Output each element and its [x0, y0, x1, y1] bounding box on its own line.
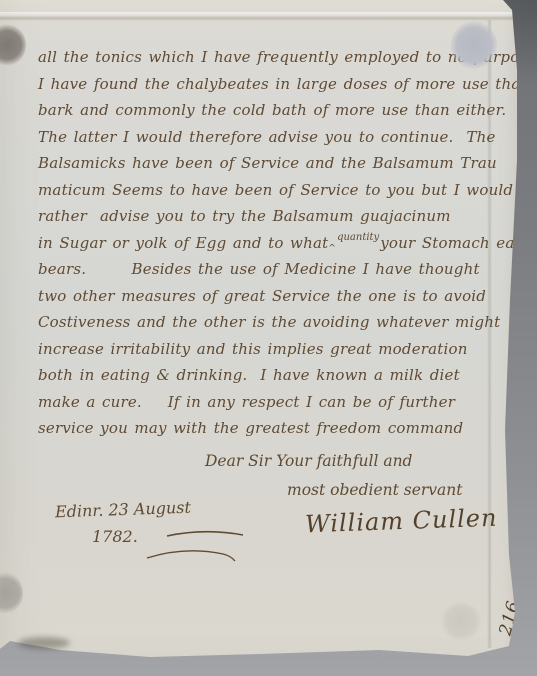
body-line: service you may with the greatest freedo… [38, 419, 508, 446]
body-line: bark and commonly the cold bath of more … [38, 101, 508, 128]
body-line: rather advise you to try the Balsamum gu… [38, 207, 508, 234]
pen-flourish [145, 530, 265, 564]
tape-mark-top-right [451, 21, 497, 69]
body-line: Costiveness and the other is the avoidin… [38, 313, 508, 340]
dateline-year: 1782. [92, 527, 138, 546]
tape-mark-bottom-right [441, 602, 481, 640]
body-line: I have found the chalybeates in large do… [38, 75, 508, 102]
folio-number: 216 [495, 598, 523, 637]
body-line: two other measures of great Service the … [38, 287, 508, 314]
body-line: bears. Besides the use of Medicine I hav… [38, 260, 508, 287]
body-line: both in eating & drinking. I have known … [38, 366, 508, 393]
closing-salutation-line: Dear Sir Your faithfull and [205, 452, 412, 470]
horizontal-fold-crease [0, 12, 520, 21]
insertion-after-text: your Stomach easily [380, 234, 537, 252]
edge-smudge [18, 637, 70, 649]
body-line: maticum Seems to have been of Service to… [38, 181, 508, 208]
body-line: increase irritability and this implies g… [38, 340, 508, 367]
dateline-place-date: Edinr. 23 August [55, 498, 191, 522]
body-line: make a cure. If in any respect I can be … [38, 393, 508, 420]
insertion-before-text: in Sugar or yolk of Egg and to what [38, 234, 328, 252]
body-line: Balsamicks have been of Service and the … [38, 154, 508, 181]
signature: William Cullen [305, 504, 498, 539]
body-line: The latter I would therefore advise you … [38, 128, 508, 155]
caret-mark: ^ [328, 244, 336, 254]
closing-servant-line: most obedient servant [287, 481, 463, 499]
letter-body: all the tonics which I have frequently e… [38, 48, 508, 446]
body-line-with-insertion: in Sugar or yolk of Egg and to what^quan… [38, 234, 508, 261]
body-line: all the tonics which I have frequently e… [38, 48, 508, 75]
photo-mount-background: all the tonics which I have frequently e… [0, 0, 537, 676]
letter-page: all the tonics which I have frequently e… [0, 0, 537, 676]
inserted-word: quantity [337, 232, 379, 243]
